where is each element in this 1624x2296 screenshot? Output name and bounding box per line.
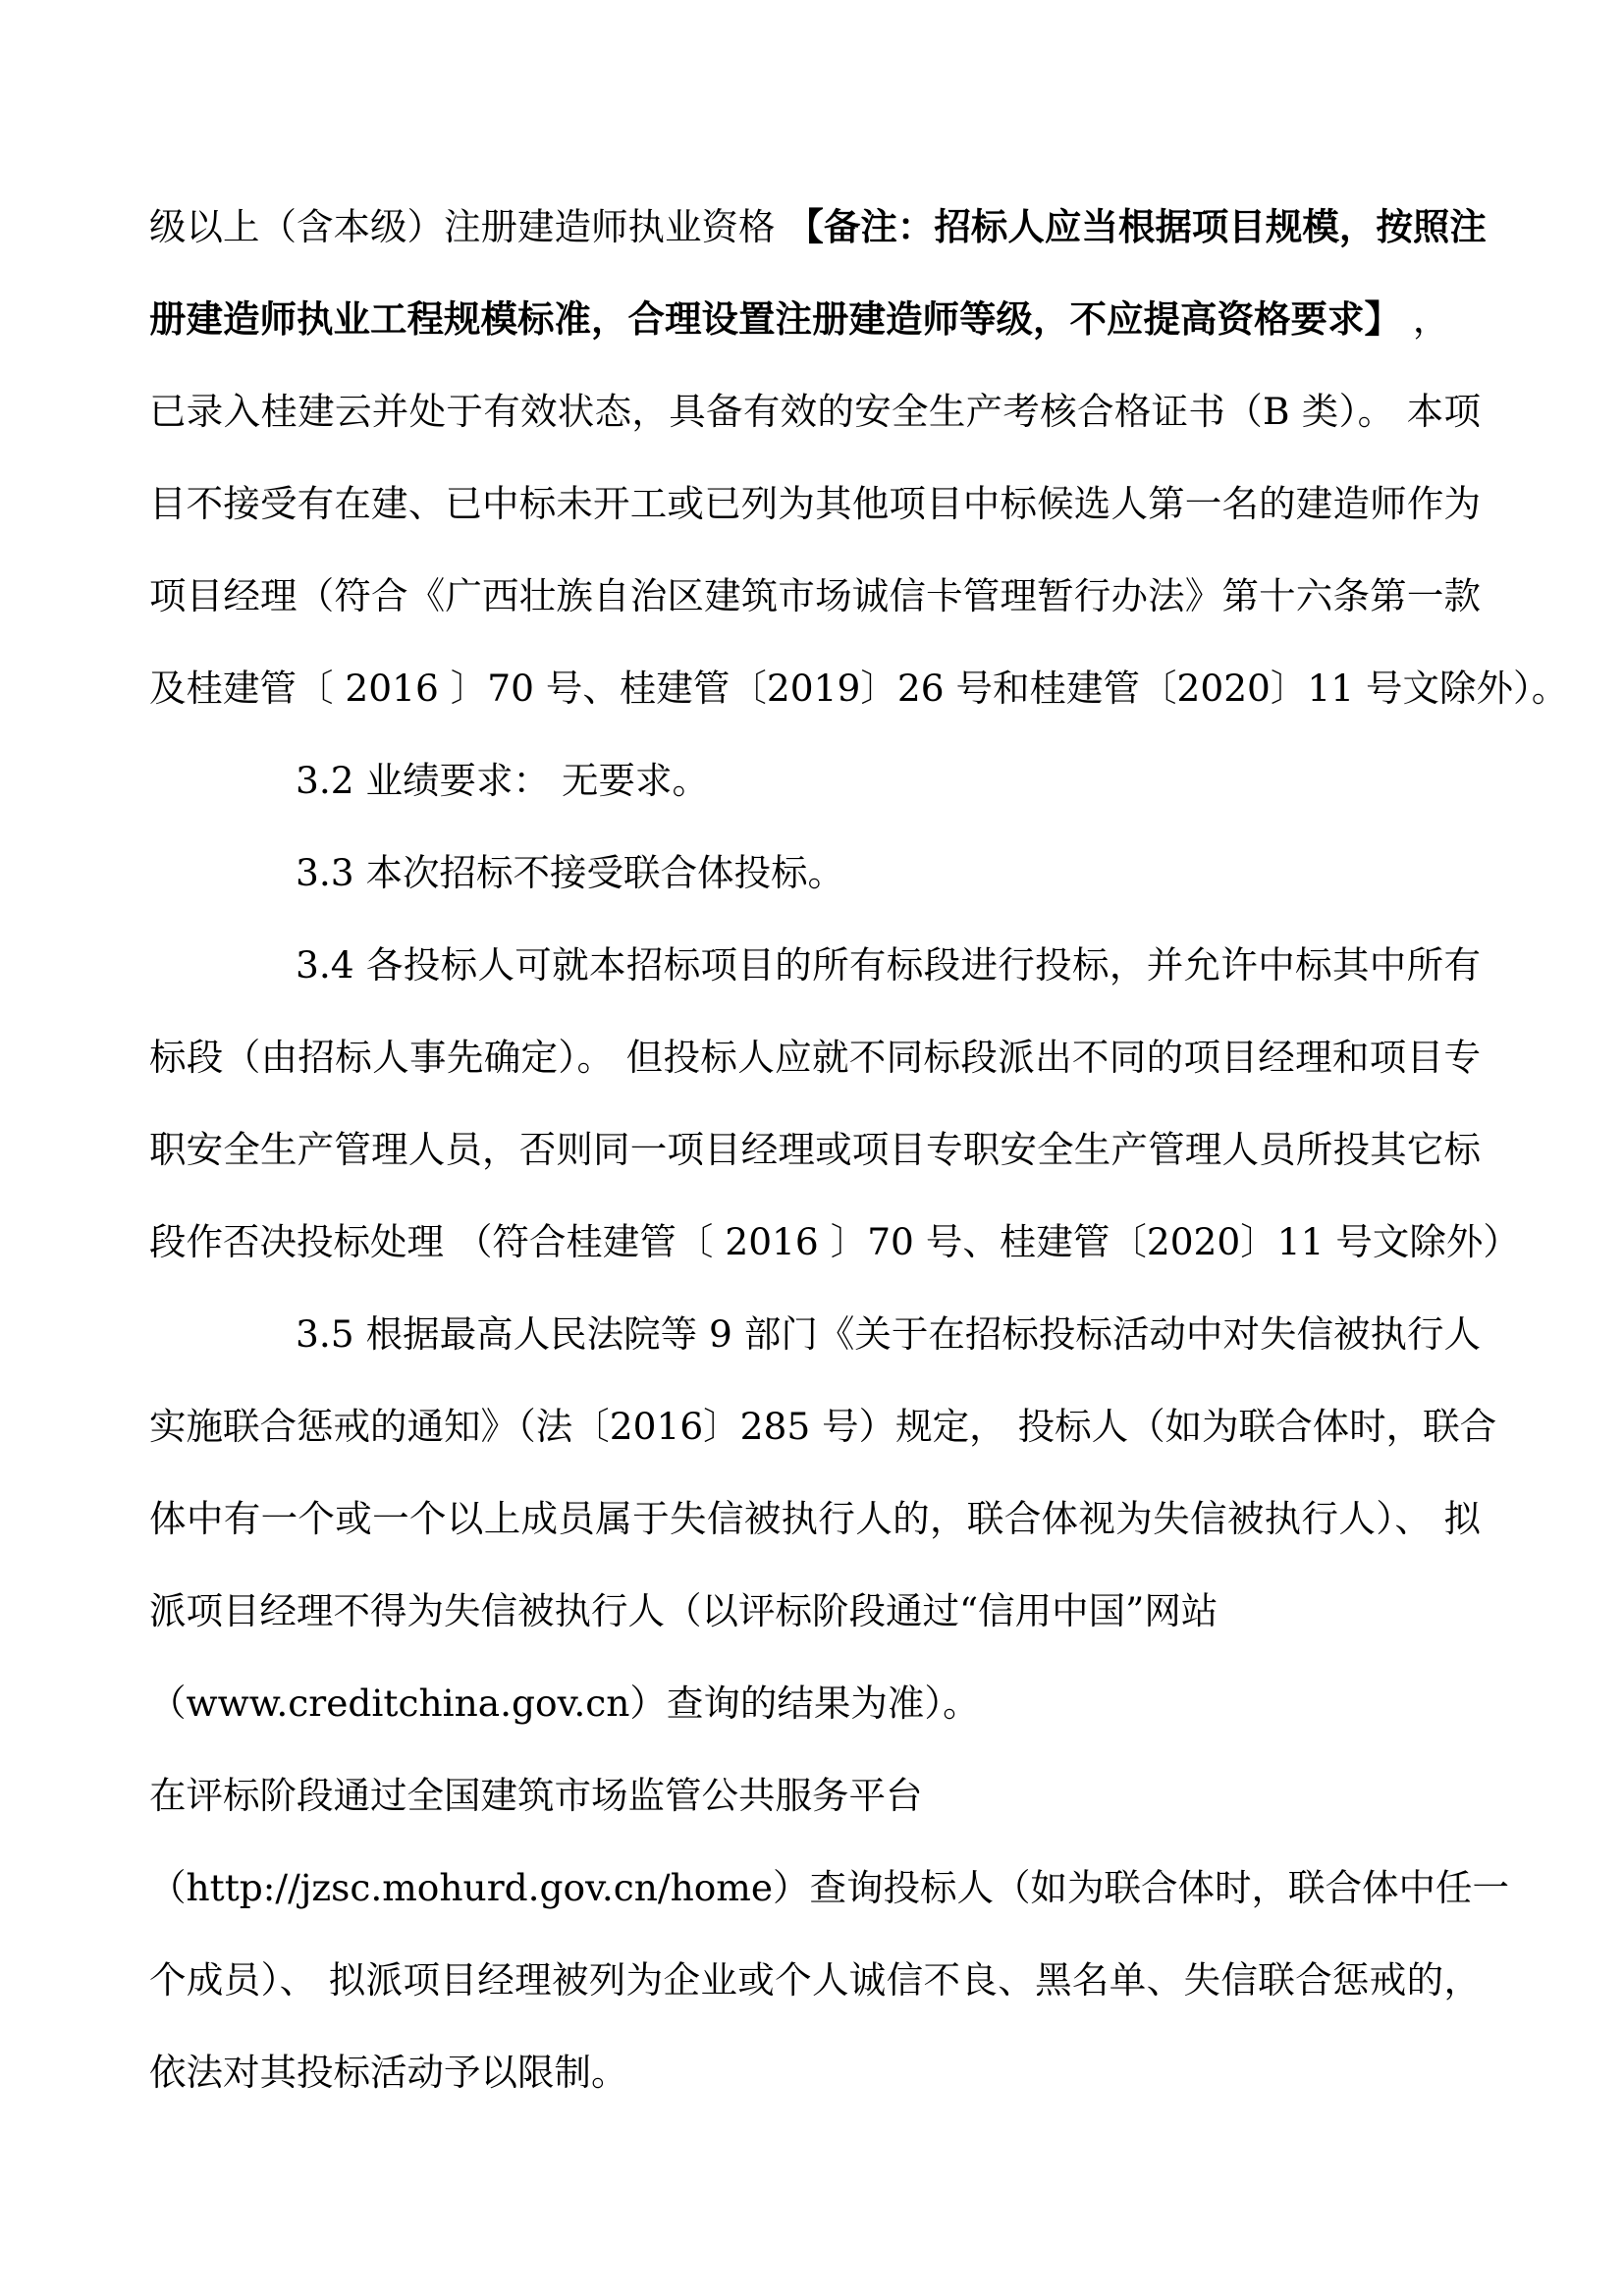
line-text: 级以上（含本级）注册建造师执业资格 (149, 205, 786, 248)
text-line: 目不接受有在建、已中标未开工或已列为其他项目中标候选人第一名的建造师作为 (149, 457, 1481, 550)
clause-3-4-multiple-lots: 3.4 各投标人可就本招标项目的所有标段进行投标，并允许中标其中所有 (149, 919, 1481, 1011)
text-line: 个成员）、 拟派项目经理被列为企业或个人诚信不良、黑名单、失信联合惩戒的， (149, 1934, 1481, 2026)
text-line: 项目经理（符合《广西壮族自治区建筑市场诚信卡管理暂行办法》第十六条第一款 (149, 550, 1481, 642)
clause-3-3-no-consortium: 3.3 本次招标不接受联合体投标。 (149, 827, 1481, 919)
document-page: 级以上（含本级）注册建造师执业资格 【备注：招标人应当根据项目规模，按照注 册建… (0, 0, 1624, 2296)
clause-3-5-dishonest-persons: 3.5 根据最高人民法院等 9 部门《关于在招标投标活动中对失信被执行人 (149, 1288, 1481, 1380)
text-line: 已录入桂建云并处于有效状态，具备有效的安全生产考核合格证书（B 类）。 本项 (149, 365, 1481, 457)
document-body: 级以上（含本级）注册建造师执业资格 【备注：招标人应当根据项目规模，按照注 册建… (149, 181, 1481, 2118)
text-line: 体中有一个或一个以上成员属于失信被执行人的，联合体视为失信被执行人）、 拟 (149, 1472, 1481, 1565)
text-line: 段作否决投标处理 （符合桂建管〔 2016 〕70 号、桂建管〔2020〕11 … (149, 1196, 1481, 1288)
creditchina-url-line: （www.creditchina.gov.cn）查询的结果为准）。 (149, 1657, 1481, 1749)
line-text: ， (1401, 297, 1449, 341)
mohurd-url-line: （http://jzsc.mohurd.gov.cn/home）查询投标人（如为… (149, 1842, 1481, 1934)
text-line-note-continued: 册建造师执业工程规模标准，合理设置注册建造师等级，不应提高资格要求】 ， (149, 273, 1481, 365)
text-line: 派项目经理不得为失信被执行人（以评标阶段通过“信用中国”网站 (149, 1565, 1481, 1657)
text-line-qualification: 级以上（含本级）注册建造师执业资格 【备注：招标人应当根据项目规模，按照注 (149, 181, 1481, 273)
text-line: 标段（由招标人事先确定）。 但投标人应就不同标段派出不同的项目经理和项目专 (149, 1011, 1481, 1103)
text-line: 实施联合惩戒的通知》（法〔2016〕285 号）规定， 投标人（如为联合体时，联… (149, 1380, 1481, 1472)
text-line: 在评标阶段通过全国建筑市场监管公共服务平台 (149, 1749, 1481, 1842)
bold-note-text: 【备注：招标人应当根据项目规模，按照注 (786, 205, 1487, 248)
clause-3-2-performance-requirement: 3.2 业绩要求： 无要求。 (149, 734, 1481, 827)
bold-note-text: 册建造师执业工程规模标准，合理设置注册建造师等级，不应提高资格要求】 (149, 297, 1401, 341)
text-line: 及桂建管〔 2016 〕70 号、桂建管〔2019〕26 号和桂建管〔2020〕… (149, 642, 1481, 734)
text-line: 职安全生产管理人员，否则同一项目经理或项目专职安全生产管理人员所投其它标 (149, 1103, 1481, 1196)
text-line: 依法对其投标活动予以限制。 (149, 2026, 1481, 2118)
